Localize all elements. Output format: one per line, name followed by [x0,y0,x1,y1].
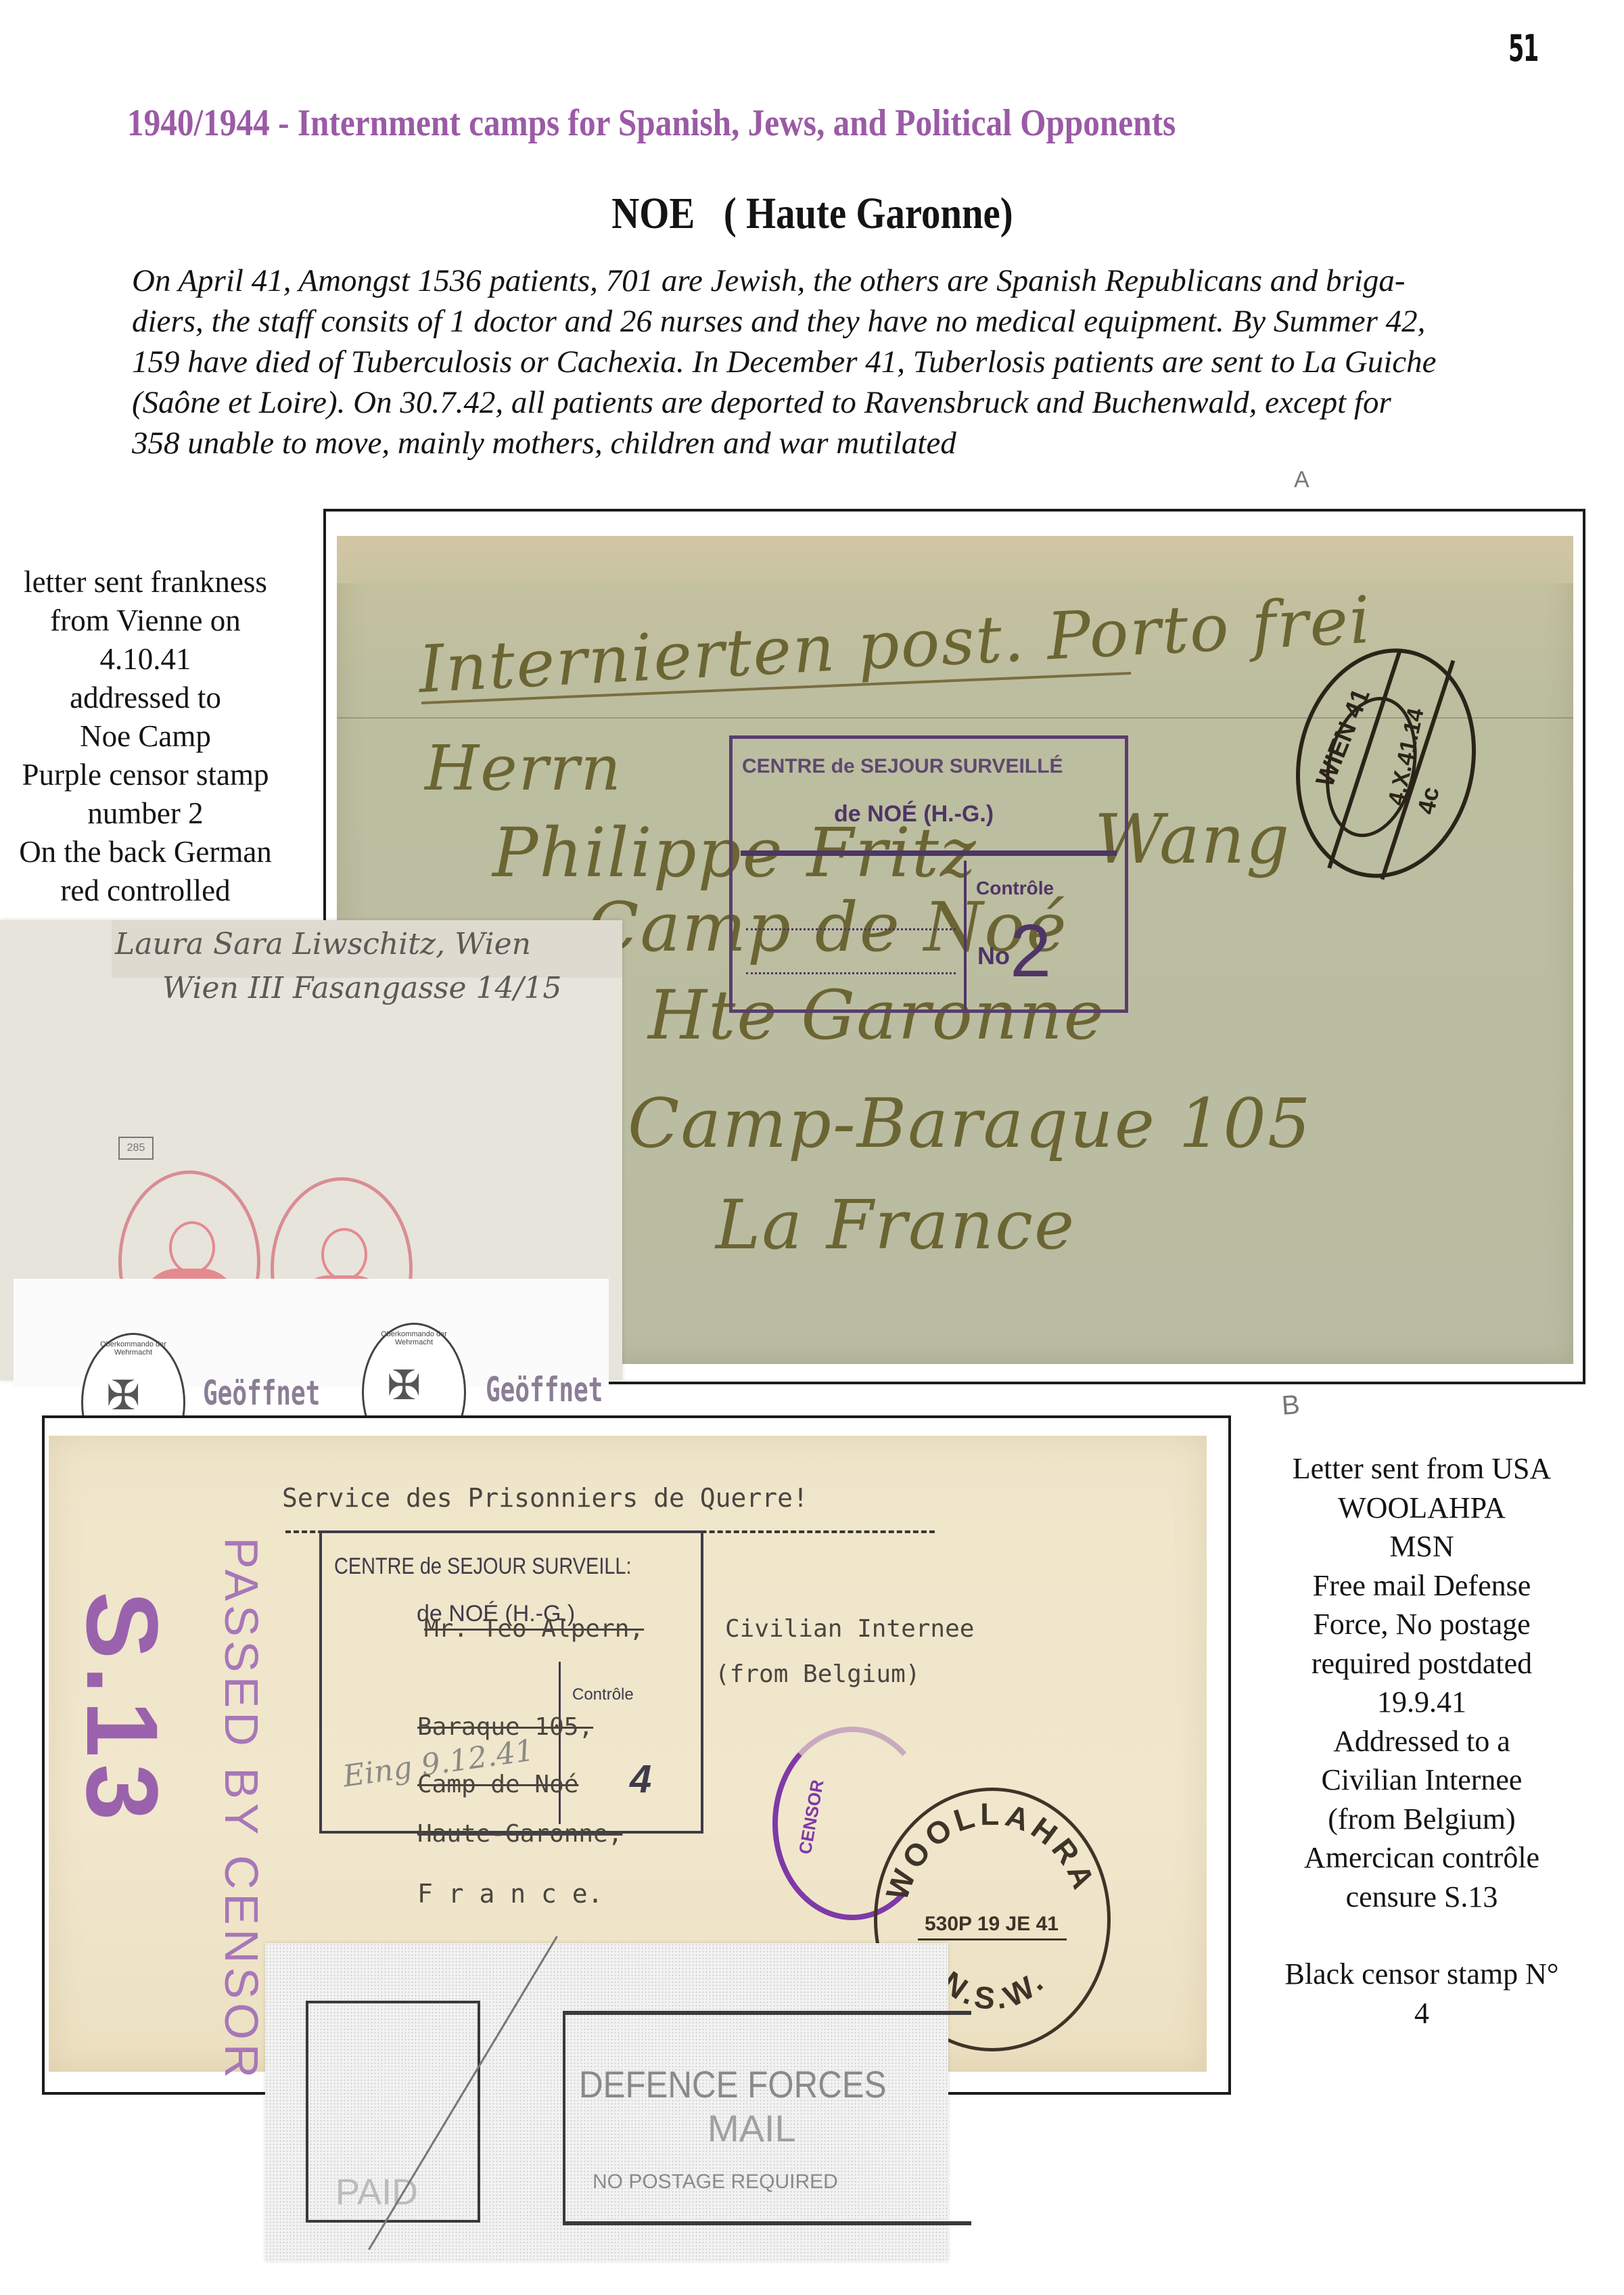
caption-line: Letter sent from USA [1239,1449,1604,1489]
caption-line: On the back German [0,833,291,871]
page-subtitle: NOE ( Haute Garonne) [0,188,1624,240]
defence-forces-frank: PAID DEFENCE FORCES MAIL NO POSTAGE REQU… [265,1943,948,2261]
censor-control-label: Contrôle [976,878,1054,899]
intro-line: 159 have died of Tuberculosis or Cachexi… [132,342,1525,382]
frank-line1: DEFENCE FORCES [579,2062,887,2106]
address-line: Baraque 105, [417,1713,593,1741]
item-b-caption: Letter sent from USA WOOLAHPA MSN Free m… [1239,1449,1604,2032]
address-line: Haute-Garonne, [417,1820,622,1848]
censor-code-stamp: S.13 [64,1591,181,1827]
caption-line: Free mail Defense [1239,1566,1604,1606]
censor-number: 2 [1010,908,1051,994]
svg-text:WOOLLAHRA: WOOLLAHRA [879,1796,1103,1905]
caption-line: number 2 [0,794,291,833]
caption-line: Black censor stamp N° [1239,1955,1604,1994]
caption-line: Civilian Internee [1239,1760,1604,1800]
caption-line: Addressed to a [1239,1722,1604,1761]
postmark-date: 530P 19 JE 41 [925,1913,1059,1936]
intro-line: 358 unable to move, mainly mothers, chil… [132,423,1525,463]
intro-line: (Saône et Loire). On 30.7.42, all patien… [132,382,1525,423]
caption-line: Noe Camp [0,717,291,756]
caption-line: red controlled [0,871,291,910]
caption-line: censure S.13 [1239,1878,1604,1917]
geoffnet-label: Geöffnet [203,1373,320,1413]
address-line: Camp de Noé [417,1771,578,1798]
svg-text:N.S.W.: N.S.W. [935,1963,1052,2016]
caption-line: Purple censor stamp [0,756,291,794]
caption-line: required postdated [1239,1644,1604,1683]
caption-line: 4 [1239,1994,1604,2033]
paid-label: PAID [335,2171,418,2213]
handwriting-baraque: Camp-Baraque 105 [628,1084,1312,1163]
censor-bar [741,850,1117,856]
paid-box: PAID [306,2001,480,2223]
caption-line: MSN [1239,1527,1604,1566]
sender-line: Laura Sara Liwschitz, Wien [115,927,531,961]
address-line: F r a n c e. [417,1879,603,1909]
censor-control-label: Contrôle [572,1685,634,1704]
postmark-bar [918,1938,1067,1940]
caption-line: from Vienne on [0,601,291,640]
page-number: 51 [1508,27,1538,70]
frank-line2: MAIL [707,2106,796,2150]
handwriting-france: La France [716,1185,1075,1265]
defence-box: DEFENCE FORCES MAIL NO POSTAGE REQUIRED [563,2011,971,2225]
censor-line1: CENTRE de SEJOUR SURVEILL: [334,1553,632,1580]
censor-number: 4 [630,1756,651,1802]
torn-edge [337,536,1573,583]
dotted-line [746,928,956,930]
caption-line: Amercican contrôle [1239,1838,1604,1878]
handwriting-internierten: Internierten post. Porto frei [417,582,1373,708]
censor-line2: de NOÉ (H.-G.) [834,801,994,827]
intro-line: On April 41, Amongst 1536 patients, 701 … [132,260,1525,301]
item-a-marker: A [1294,467,1309,493]
passed-censor-stamp: PASSED BY CENSOR [214,1537,269,2082]
item-b-marker: B [1280,1390,1301,1422]
intro-paragraph: On April 41, Amongst 1536 patients, 701 … [132,260,1525,463]
civilian-line: (from Belgium) [715,1660,920,1688]
intro-line: diers, the staff consits of 1 doctor and… [132,301,1525,342]
envelope-a-back: Laura Sara Liwschitz, Wien Wien III Fasa… [0,920,622,1380]
civilian-line: Civilian Internee [725,1615,974,1643]
censor-number-box: 285 [118,1137,154,1160]
postmark-code: 4c [1412,784,1445,817]
wien-postmark: WIEN 41 4.X.41.14 4c [1275,632,1496,895]
frank-line3: NO POSTAGE REQUIRED [593,2171,838,2194]
caption-line [1239,1916,1604,1955]
caption-line: letter sent frankness [0,563,291,601]
handwriting-herrn: Herrn [425,732,622,804]
subtitle-text: NOE ( Haute Garonne) [611,188,1013,240]
caption-line: (from Belgium) [1239,1800,1604,1839]
purple-censor-stamp: CENTRE de SEJOUR SURVEILLÉ de NOÉ (H.-G.… [729,735,1128,1013]
censor-line1: CENTRE de SEJOUR SURVEILLÉ [742,755,1063,778]
caption-line: 19.9.41 [1239,1683,1604,1722]
caption-line: 4.10.41 [0,640,291,679]
caption-line: addressed to [0,679,291,717]
sender-line: Wien III Fasangasse 14/15 [162,971,561,1005]
service-line: Service des Prisonniers de Querre! [282,1483,808,1513]
caption-line: WOOLAHPA [1239,1489,1604,1528]
censor-divider [964,861,967,1009]
item-a-caption: letter sent frankness from Vienne on 4.1… [0,563,291,910]
address-line: Mr. Teo Alpern, [424,1615,644,1643]
censor-divider [559,1662,561,1824]
page-heading: 1940/1944 - Internment camps for Spanish… [127,101,1258,145]
geoffnet-label: Geöffnet [486,1370,603,1409]
dotted-line [746,972,956,974]
censor-number-label: No [977,942,1010,970]
caption-line: Force, No postage [1239,1605,1604,1644]
